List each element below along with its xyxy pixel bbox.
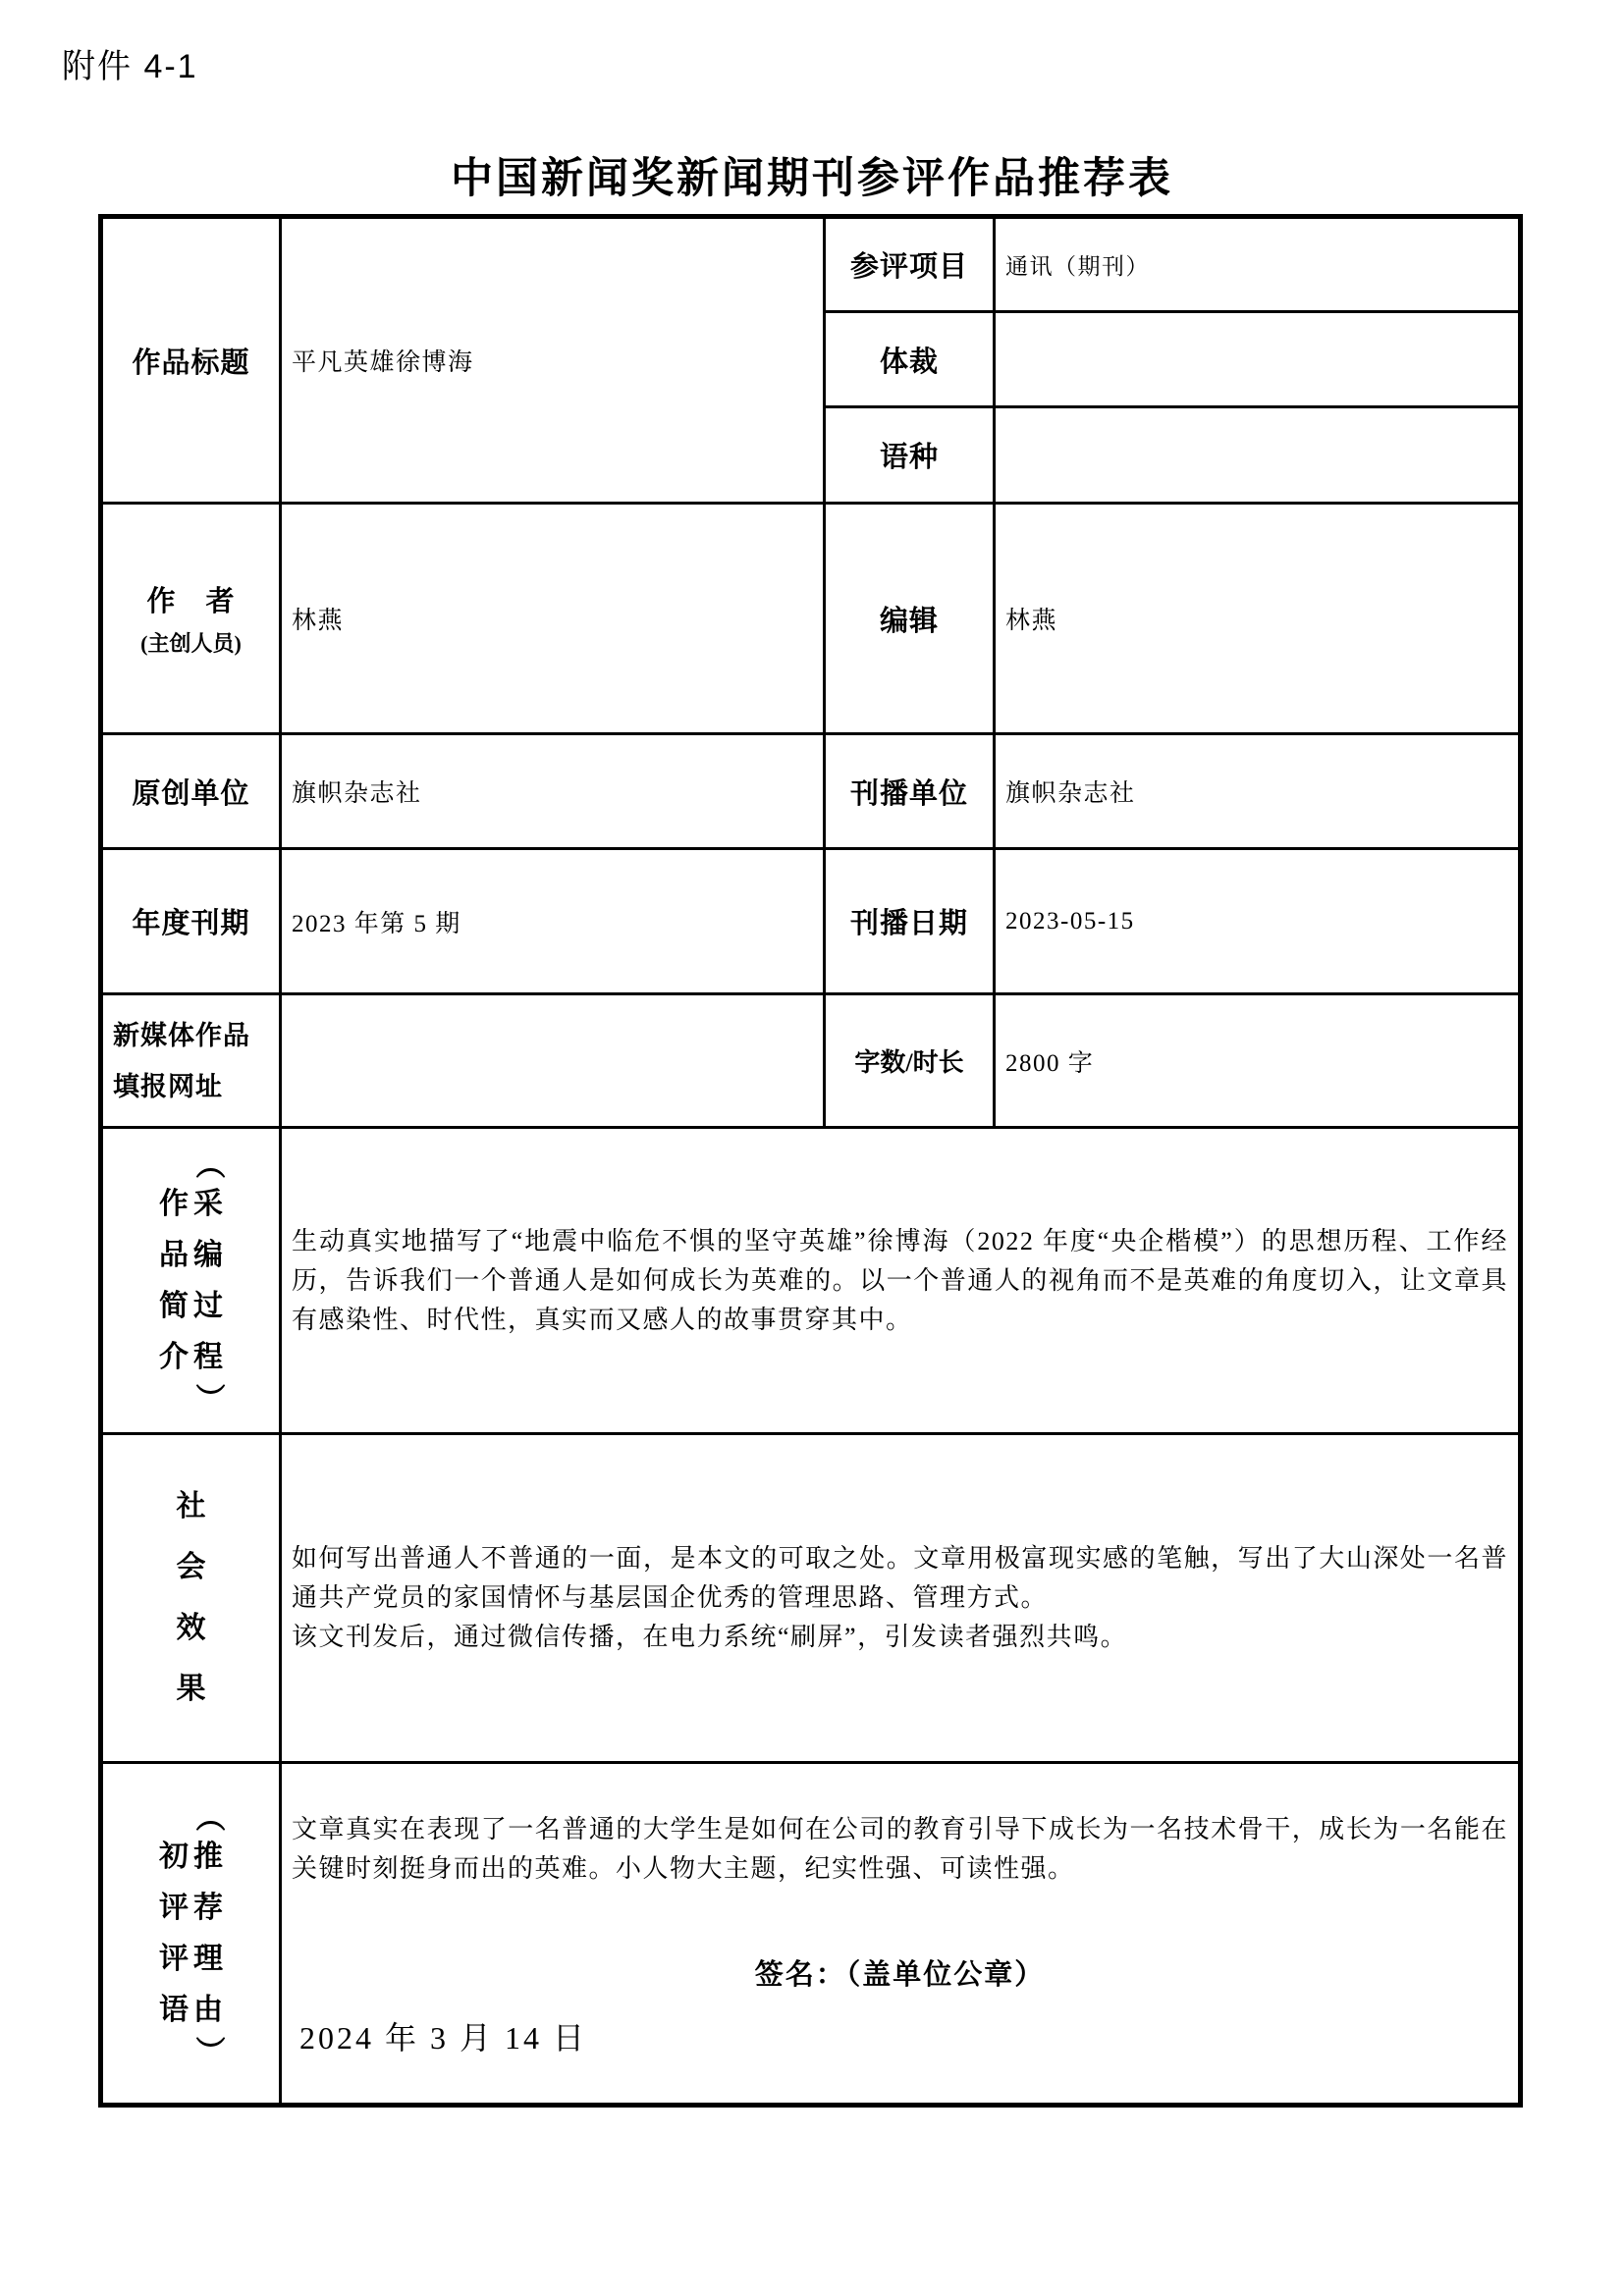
recommendation-label-col1: 初评评语 [159,1832,189,2036]
social-effect-label-cell: 社会效果 [101,1434,281,1763]
new-media-url-label-line2: 填报网址 [113,1061,269,1112]
intro-label-col2: （采编过程） [193,1149,223,1413]
publish-unit-value-cell: 旗帜杂志社 [995,734,1521,849]
year-issue-value-cell: 2023 年第 5 期 [281,849,825,994]
author-sublabel: (主创人员) [113,627,269,658]
publish-date-value-cell: 2023-05-15 [995,849,1521,994]
editor-label-cell: 编辑 [825,504,995,734]
intro-label-col1: 作品简介 [159,1179,189,1383]
new-media-url-value-cell [281,994,825,1128]
publish-unit-label-cell: 刊播单位 [825,734,995,849]
work-title-label-cell: 作品标题 [101,217,281,504]
entry-category-value-cell: 通讯（期刊） [995,217,1521,312]
original-unit-value-cell: 旗帜杂志社 [281,734,825,849]
document-page: 附件 4-1 中国新闻奖新闻期刊参评作品推荐表 作品标题 平凡英雄徐博海 参评项… [0,0,1624,2296]
date-line: 2024 年 3 月 14 日 [292,2018,1508,2057]
editor-value-cell: 林燕 [995,504,1521,734]
intro-label-cell: 作品简介 （采编过程） [101,1128,281,1434]
new-media-url-label-line1: 新媒体作品 [113,1010,269,1061]
social-effect-content-cell: 如何写出普通人不普通的一面，是本文的可取之处。文章用极富现实感的笔触，写出了大山… [281,1434,1521,1763]
new-media-url-label-cell: 新媒体作品 填报网址 [101,994,281,1128]
intro-label: 作品简介 （采编过程） [113,1149,269,1413]
social-effect-paragraph-2: 该文刊发后，通过微信传播，在电力系统“刷屏”，引发读者强烈共鸣。 [292,1618,1508,1657]
language-value-cell [995,407,1521,504]
recommendation-content-cell: 文章真实在表现了一名普通的大学生是如何在公司的教育引导下成长为一名技术骨干，成长… [281,1763,1521,2106]
entry-category-label-cell: 参评项目 [825,217,995,312]
original-unit-label-cell: 原创单位 [101,734,281,849]
signature-line: 签名：（盖单位公章） [292,1955,1508,1995]
genre-value-cell [995,312,1521,407]
recommendation-label: 初评评语 （推荐理由） [113,1802,269,2065]
recommendation-label-col2: （推荐理由） [193,1802,223,2065]
author-value-cell: 林燕 [281,504,825,734]
intro-content-cell: 生动真实地描写了“地震中临危不惧的坚守英雄”徐博海（2022 年度“央企楷模”）… [281,1128,1521,1434]
social-effect-paragraph-1: 如何写出普通人不普通的一面，是本文的可取之处。文章用极富现实感的笔触，写出了大山… [292,1539,1508,1618]
social-effect-label-col: 社会效果 [177,1476,206,1720]
recommendation-label-cell: 初评评语 （推荐理由） [101,1763,281,2106]
social-effect-label: 社会效果 [113,1476,269,1720]
recommendation-table: 作品标题 平凡英雄徐博海 参评项目 通讯（期刊） 体裁 语种 作 者 (主创人员… [98,214,1523,2108]
intro-text: 生动真实地描写了“地震中临危不惧的坚守英雄”徐博海（2022 年度“央企楷模”）… [292,1222,1508,1340]
year-issue-label-cell: 年度刊期 [101,849,281,994]
recommendation-text: 文章真实在表现了一名普通的大学生是如何在公司的教育引导下成长为一名技术骨干，成长… [292,1810,1508,1889]
author-label: 作 者 [113,579,269,619]
word-count-value-cell: 2800 字 [995,994,1521,1128]
word-count-label-cell: 字数/时长 [825,994,995,1128]
page-title: 中国新闻奖新闻期刊参评作品推荐表 [0,145,1624,205]
genre-label-cell: 体裁 [825,312,995,407]
attachment-label: 附件 4-1 [62,39,198,87]
language-label-cell: 语种 [825,407,995,504]
publish-date-label-cell: 刊播日期 [825,849,995,994]
work-title-value-cell: 平凡英雄徐博海 [281,217,825,504]
author-label-cell: 作 者 (主创人员) [101,504,281,734]
